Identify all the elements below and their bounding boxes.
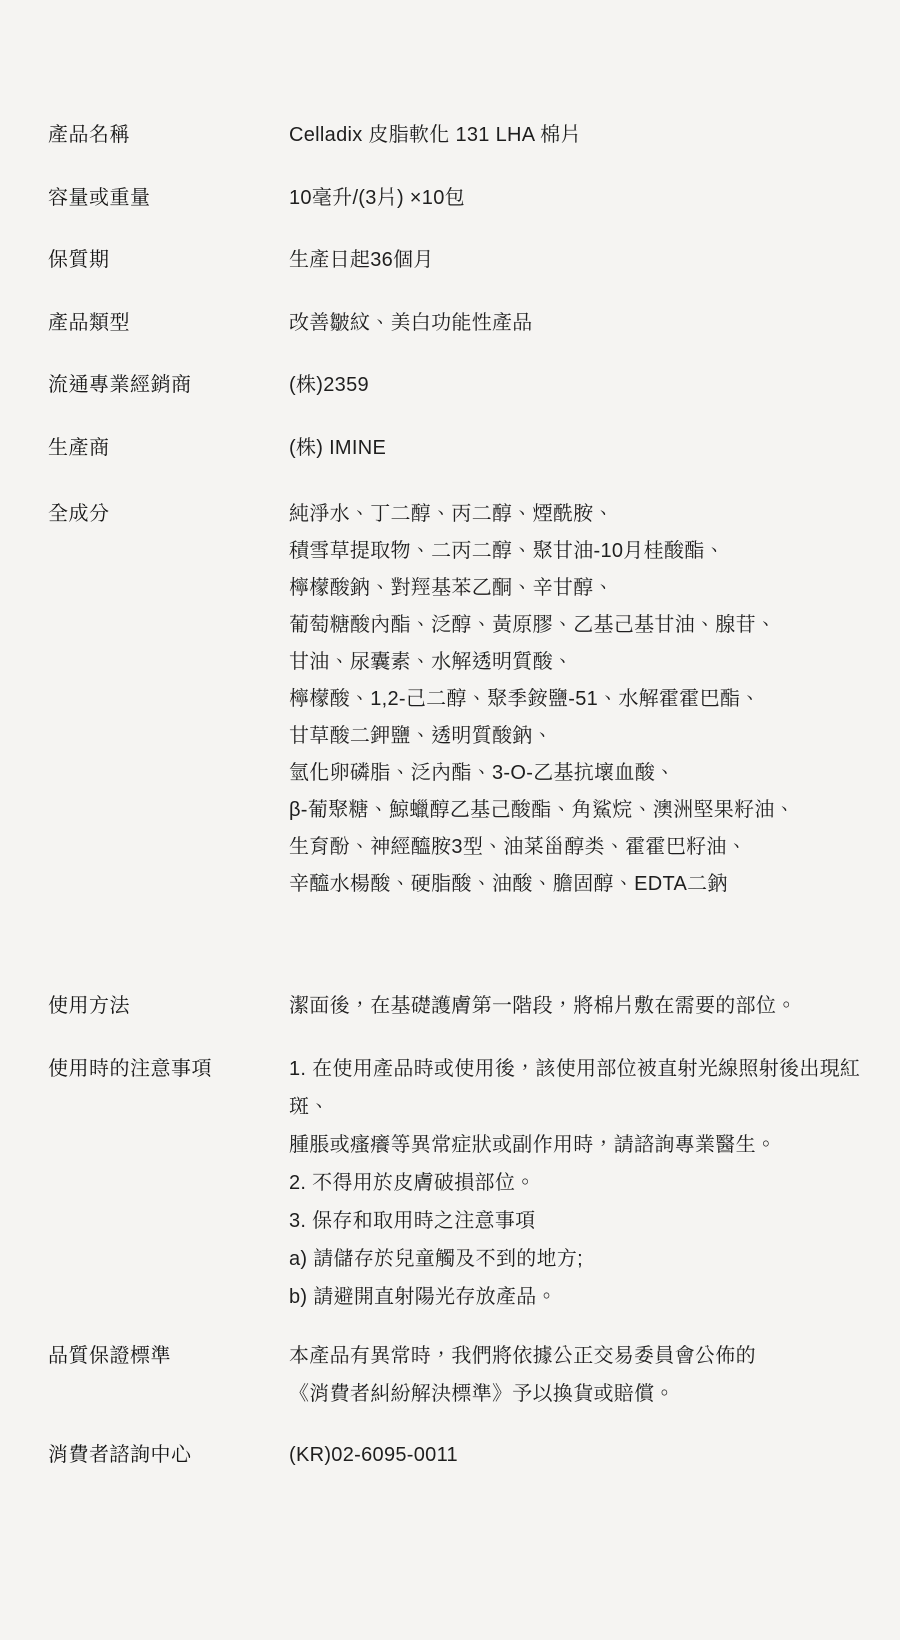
row-capacity: 容量或重量 10毫升/(3片) ×10包 [48, 179, 872, 217]
row-consumer-center: 消費者諮詢中心 (KR)02-6095-0011 [48, 1436, 872, 1474]
field-label: 使用方法 [48, 987, 289, 1025]
field-value: 潔面後，在基礎護膚第一階段，將棉片敷在需要的部位。 [289, 987, 872, 1025]
field-value: Celladix 皮脂軟化 131 LHA 棉片 [289, 116, 872, 154]
field-label: 保質期 [48, 241, 289, 279]
field-value: (KR)02-6095-0011 [289, 1436, 872, 1474]
row-shelf-life: 保質期 生產日起36個月 [48, 241, 872, 279]
field-label: 品質保證標準 [48, 1337, 289, 1375]
row-product-type: 產品類型 改善皺紋、美白功能性產品 [48, 304, 872, 342]
field-label: 消費者諮詢中心 [48, 1436, 289, 1474]
field-label: 使用時的注意事項 [48, 1050, 289, 1088]
field-value: (株)2359 [289, 366, 872, 404]
field-label: 產品類型 [48, 304, 289, 342]
row-precautions: 使用時的注意事項 1. 在使用產品時或使用後，該使用部位被直射光線照射後出現紅斑… [48, 1050, 872, 1316]
row-ingredients: 全成分 純淨水、丁二醇、丙二醇、煙酰胺、 積雪草提取物、二丙二醇、聚甘油-10月… [48, 496, 872, 903]
row-usage: 使用方法 潔面後，在基礎護膚第一階段，將棉片敷在需要的部位。 [48, 987, 872, 1025]
field-value: 本產品有異常時，我們將依據公正交易委員會公佈的 《消費者糾紛解決標準》予以換貨或… [289, 1337, 872, 1413]
field-value: (株) IMINE [289, 429, 872, 467]
field-label: 容量或重量 [48, 179, 289, 217]
row-quality-standard: 品質保證標準 本產品有異常時，我們將依據公正交易委員會公佈的 《消費者糾紛解決標… [48, 1337, 872, 1413]
field-label: 全成分 [48, 496, 289, 533]
field-value: 1. 在使用產品時或使用後，該使用部位被直射光線照射後出現紅斑、 腫脹或瘙癢等異… [289, 1050, 872, 1316]
field-value: 改善皺紋、美白功能性產品 [289, 304, 872, 342]
product-info-sheet: 產品名稱 Celladix 皮脂軟化 131 LHA 棉片 容量或重量 10毫升… [0, 0, 900, 1640]
row-product-name: 產品名稱 Celladix 皮脂軟化 131 LHA 棉片 [48, 116, 872, 154]
field-value: 純淨水、丁二醇、丙二醇、煙酰胺、 積雪草提取物、二丙二醇、聚甘油-10月桂酸酯、… [289, 496, 872, 903]
field-value: 生產日起36個月 [289, 241, 872, 279]
field-label: 產品名稱 [48, 116, 289, 154]
field-value: 10毫升/(3片) ×10包 [289, 179, 872, 217]
row-manufacturer: 生產商 (株) IMINE [48, 429, 872, 467]
field-label: 生產商 [48, 429, 289, 467]
field-label: 流通專業經銷商 [48, 366, 289, 404]
row-distributor: 流通專業經銷商 (株)2359 [48, 366, 872, 404]
